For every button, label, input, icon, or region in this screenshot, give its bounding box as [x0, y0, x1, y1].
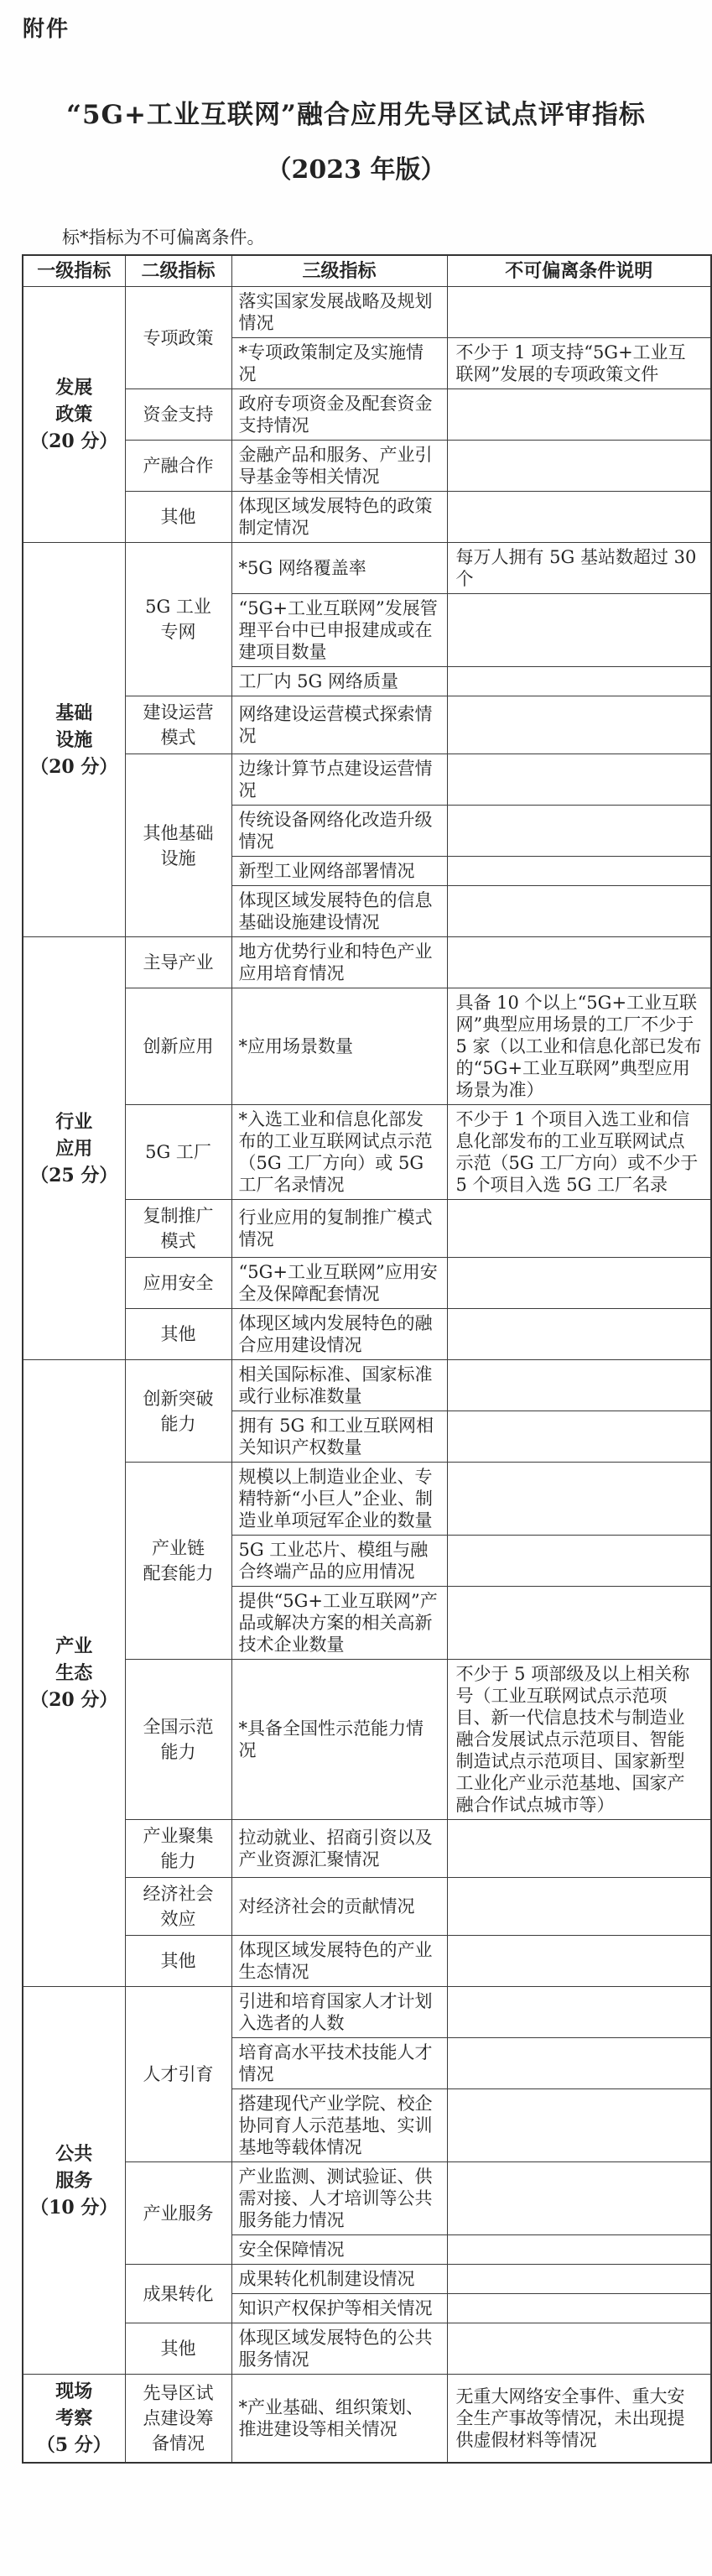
condition-cell [447, 696, 711, 754]
level1-cell: 公共 服务 （10 分） [23, 1987, 125, 2375]
table-row: 其他体现区域发展特色的政策制定情况 [23, 492, 711, 543]
level1-cell: 产业 生态 （20 分） [23, 1360, 125, 1987]
condition-cell [447, 1987, 711, 2038]
level3-cell: 新型工业网络部署情况 [231, 857, 447, 886]
level2-cell: 资金支持 [125, 389, 231, 441]
condition-cell [447, 667, 711, 696]
level3-cell: *具备全国性示范能力情况 [231, 1660, 447, 1820]
level2-cell: 先导区试 点建设筹 备情况 [125, 2375, 231, 2464]
level2-cell: 创新应用 [125, 988, 231, 1105]
table-row: 公共 服务 （10 分）人才引育引进和培育国家人才计划入选者的人数 [23, 1987, 711, 2038]
table-row: 应用安全“5G+工业互联网”应用安全及保障配套情况 [23, 1258, 711, 1309]
level3-cell: “5G+工业互联网”应用安全及保障配套情况 [231, 1258, 447, 1309]
condition-cell [447, 1536, 711, 1587]
condition-cell [447, 2323, 711, 2375]
level3-cell: 安全保障情况 [231, 2235, 447, 2265]
condition-cell [447, 1200, 711, 1258]
level3-cell: 网络建设运营模式探索情况 [231, 696, 447, 754]
table-row: 其他体现区域发展特色的产业生态情况 [23, 1936, 711, 1987]
table-row: 其他体现区域发展特色的公共服务情况 [23, 2323, 711, 2375]
table-row: 基础 设施 （20 分）5G 工业 专网*5G 网络覆盖率每万人拥有 5G 基站… [23, 543, 711, 594]
condition-cell [447, 2235, 711, 2265]
level3-cell: 工厂内 5G 网络质量 [231, 667, 447, 696]
condition-cell: 每万人拥有 5G 基站数超过 30 个 [447, 543, 711, 594]
level2-cell: 主导产业 [125, 937, 231, 988]
condition-cell [447, 1878, 711, 1936]
condition-cell [447, 1411, 711, 1463]
level2-cell: 产业服务 [125, 2162, 231, 2265]
condition-cell [447, 492, 711, 543]
level3-cell: 体现区域发展特色的产业生态情况 [231, 1936, 447, 1987]
condition-cell [447, 1463, 711, 1536]
condition-cell [447, 2089, 711, 2162]
condition-cell [447, 886, 711, 937]
condition-cell [447, 1820, 711, 1878]
condition-cell: 无重大网络安全事件、重大安全生产事故等情况，未出现提供虚假材料等情况 [447, 2375, 711, 2464]
condition-cell: 具备 10 个以上“5G+工业互联网”典型应用场景的工厂不少于 5 家（以工业和… [447, 988, 711, 1105]
level1-cell: 现场 考察 （5 分） [23, 2375, 125, 2464]
table-row: 全国示范 能力*具备全国性示范能力情况不少于 5 项部级及以上相关称号（工业互联… [23, 1660, 711, 1820]
attachment-label: 附件 [23, 12, 712, 43]
condition-cell [447, 857, 711, 886]
level3-cell: 成果转化机制建设情况 [231, 2265, 447, 2294]
condition-cell [447, 1309, 711, 1360]
title-line-2: （2023 年版） [0, 149, 712, 185]
header-level3-indicator: 三级指标 [231, 255, 447, 287]
table-row: 经济社会 效应对经济社会的贡献情况 [23, 1878, 711, 1936]
level3-cell: 提供“5G+工业互联网”产品或解决方案的相关高新技术企业数量 [231, 1587, 447, 1660]
level3-cell: 地方优势行业和特色产业应用培育情况 [231, 937, 447, 988]
level2-cell: 全国示范 能力 [125, 1660, 231, 1820]
level3-cell: 体现区域内发展特色的融合应用建设情况 [231, 1309, 447, 1360]
condition-cell [447, 2294, 711, 2323]
level1-cell: 基础 设施 （20 分） [23, 543, 125, 937]
level3-cell: 行业应用的复制推广模式情况 [231, 1200, 447, 1258]
level3-cell: *5G 网络覆盖率 [231, 543, 447, 594]
level3-cell: *专项政策制定及实施情况 [231, 338, 447, 389]
level2-cell: 产融合作 [125, 441, 231, 492]
condition-cell [447, 2265, 711, 2294]
condition-cell [447, 2038, 711, 2089]
level3-cell: 产业监测、测试验证、供需对接、人才培训等公共服务能力情况 [231, 2162, 447, 2235]
level3-cell: *应用场景数量 [231, 988, 447, 1105]
evaluation-table: 一级指标 二级指标 三级指标 不可偏离条件说明 发展 政策 （20 分）专项政策… [22, 254, 712, 2464]
condition-cell [447, 2162, 711, 2235]
level2-cell: 5G 工业 专网 [125, 543, 231, 696]
condition-cell [447, 594, 711, 667]
level2-cell: 人才引育 [125, 1987, 231, 2162]
table-row: 现场 考察 （5 分）先导区试 点建设筹 备情况*产业基础、组织策划、推进建设等… [23, 2375, 711, 2464]
condition-cell [447, 1936, 711, 1987]
level1-cell: 发展 政策 （20 分） [23, 287, 125, 543]
level3-cell: 边缘计算节点建设运营情况 [231, 754, 447, 806]
level2-cell: 产业链 配套能力 [125, 1463, 231, 1660]
table-row: 其他体现区域内发展特色的融合应用建设情况 [23, 1309, 711, 1360]
level3-cell: 拥有 5G 和工业互联网相关知识产权数量 [231, 1411, 447, 1463]
level2-cell: 其他 [125, 492, 231, 543]
table-row: 产业聚集 能力拉动就业、招商引资以及产业资源汇聚情况 [23, 1820, 711, 1878]
table-row: 建设运营 模式网络建设运营模式探索情况 [23, 696, 711, 754]
condition-cell [447, 1587, 711, 1660]
level3-cell: 体现区域发展特色的公共服务情况 [231, 2323, 447, 2375]
table-body: 发展 政策 （20 分）专项政策落实国家发展战略及规划情况*专项政策制定及实施情… [23, 287, 711, 2464]
table-row: 5G 工厂*入选工业和信息化部发布的工业互联网试点示范（5G 工厂方向）或 5G… [23, 1105, 711, 1200]
level2-cell: 成果转化 [125, 2265, 231, 2323]
condition-cell [447, 389, 711, 441]
header-level2-indicator: 二级指标 [125, 255, 231, 287]
level2-cell: 专项政策 [125, 287, 231, 389]
level3-cell: *产业基础、组织策划、推进建设等相关情况 [231, 2375, 447, 2464]
table-row: 发展 政策 （20 分）专项政策落实国家发展战略及规划情况 [23, 287, 711, 338]
level2-cell: 复制推广 模式 [125, 1200, 231, 1258]
level3-cell: 落实国家发展战略及规划情况 [231, 287, 447, 338]
condition-cell: 不少于 1 个项目入选工业和信息化部发布的工业互联网试点示范（5G 工厂方向）或… [447, 1105, 711, 1200]
level2-cell: 其他基础 设施 [125, 754, 231, 937]
level2-cell: 经济社会 效应 [125, 1878, 231, 1936]
table-row: 行业 应用 （25 分）主导产业地方优势行业和特色产业应用培育情况 [23, 937, 711, 988]
document-title: “5G+工业互联网”融合应用先导区试点评审指标 （2023 年版） [0, 93, 712, 185]
table-row: 产业服务产业监测、测试验证、供需对接、人才培训等公共服务能力情况 [23, 2162, 711, 2235]
header-condition: 不可偏离条件说明 [447, 255, 711, 287]
condition-cell: 不少于 5 项部级及以上相关称号（工业互联网试点示范项目、新一代信息技术与制造业… [447, 1660, 711, 1820]
condition-cell [447, 1258, 711, 1309]
table-row: 其他基础 设施边缘计算节点建设运营情况 [23, 754, 711, 806]
table-header-row: 一级指标 二级指标 三级指标 不可偏离条件说明 [23, 255, 711, 287]
condition-cell [447, 937, 711, 988]
condition-cell [447, 754, 711, 806]
level2-cell: 建设运营 模式 [125, 696, 231, 754]
level3-cell: 对经济社会的贡献情况 [231, 1878, 447, 1936]
level2-cell: 创新突破 能力 [125, 1360, 231, 1463]
level3-cell: 搭建现代产业学院、校企协同育人示范基地、实训基地等载体情况 [231, 2089, 447, 2162]
condition-cell [447, 806, 711, 857]
table-row: 成果转化成果转化机制建设情况 [23, 2265, 711, 2294]
table-row: 创新应用*应用场景数量具备 10 个以上“5G+工业互联网”典型应用场景的工厂不… [23, 988, 711, 1105]
table-row: 产业链 配套能力规模以上制造业企业、专精特新“小巨人”企业、制造业单项冠军企业的… [23, 1463, 711, 1536]
level3-cell: “5G+工业互联网”发展管理平台中已申报建成或在建项目数量 [231, 594, 447, 667]
level3-cell: 体现区域发展特色的政策制定情况 [231, 492, 447, 543]
table-row: 产业 生态 （20 分）创新突破 能力相关国际标准、国家标准或行业标准数量 [23, 1360, 711, 1411]
level3-cell: 培育高水平技术技能人才情况 [231, 2038, 447, 2089]
condition-cell [447, 1360, 711, 1411]
level2-cell: 应用安全 [125, 1258, 231, 1309]
level3-cell: 5G 工业芯片、模组与融合终端产品的应用情况 [231, 1536, 447, 1587]
level3-cell: 金融产品和服务、产业引导基金等相关情况 [231, 441, 447, 492]
level2-cell: 其他 [125, 2323, 231, 2375]
condition-cell: 不少于 1 项支持“5G+工业互联网”发展的专项政策文件 [447, 338, 711, 389]
level3-cell: 规模以上制造业企业、专精特新“小巨人”企业、制造业单项冠军企业的数量 [231, 1463, 447, 1536]
level2-cell: 5G 工厂 [125, 1105, 231, 1200]
level2-cell: 产业聚集 能力 [125, 1820, 231, 1878]
condition-cell [447, 441, 711, 492]
level3-cell: 知识产权保护等相关情况 [231, 2294, 447, 2323]
header-level1-indicator: 一级指标 [23, 255, 125, 287]
level3-cell: 政府专项资金及配套资金支持情况 [231, 389, 447, 441]
level3-cell: *入选工业和信息化部发布的工业互联网试点示范（5G 工厂方向）或 5G 工厂名录… [231, 1105, 447, 1200]
level3-cell: 体现区域发展特色的信息基础设施建设情况 [231, 886, 447, 937]
table-row: 产融合作金融产品和服务、产业引导基金等相关情况 [23, 441, 711, 492]
title-line-1: “5G+工业互联网”融合应用先导区试点评审指标 [0, 93, 712, 131]
footnote: 标*指标为不可偏离条件。 [62, 224, 712, 249]
table-row: 复制推广 模式行业应用的复制推广模式情况 [23, 1200, 711, 1258]
level3-cell: 拉动就业、招商引资以及产业资源汇聚情况 [231, 1820, 447, 1878]
level2-cell: 其他 [125, 1309, 231, 1360]
level3-cell: 相关国际标准、国家标准或行业标准数量 [231, 1360, 447, 1411]
level3-cell: 引进和培育国家人才计划入选者的人数 [231, 1987, 447, 2038]
table-row: 资金支持政府专项资金及配套资金支持情况 [23, 389, 711, 441]
document-page: 附件 “5G+工业互联网”融合应用先导区试点评审指标 （2023 年版） 标*指… [0, 0, 712, 2576]
level3-cell: 传统设备网络化改造升级情况 [231, 806, 447, 857]
condition-cell [447, 287, 711, 338]
level1-cell: 行业 应用 （25 分） [23, 937, 125, 1360]
level2-cell: 其他 [125, 1936, 231, 1987]
